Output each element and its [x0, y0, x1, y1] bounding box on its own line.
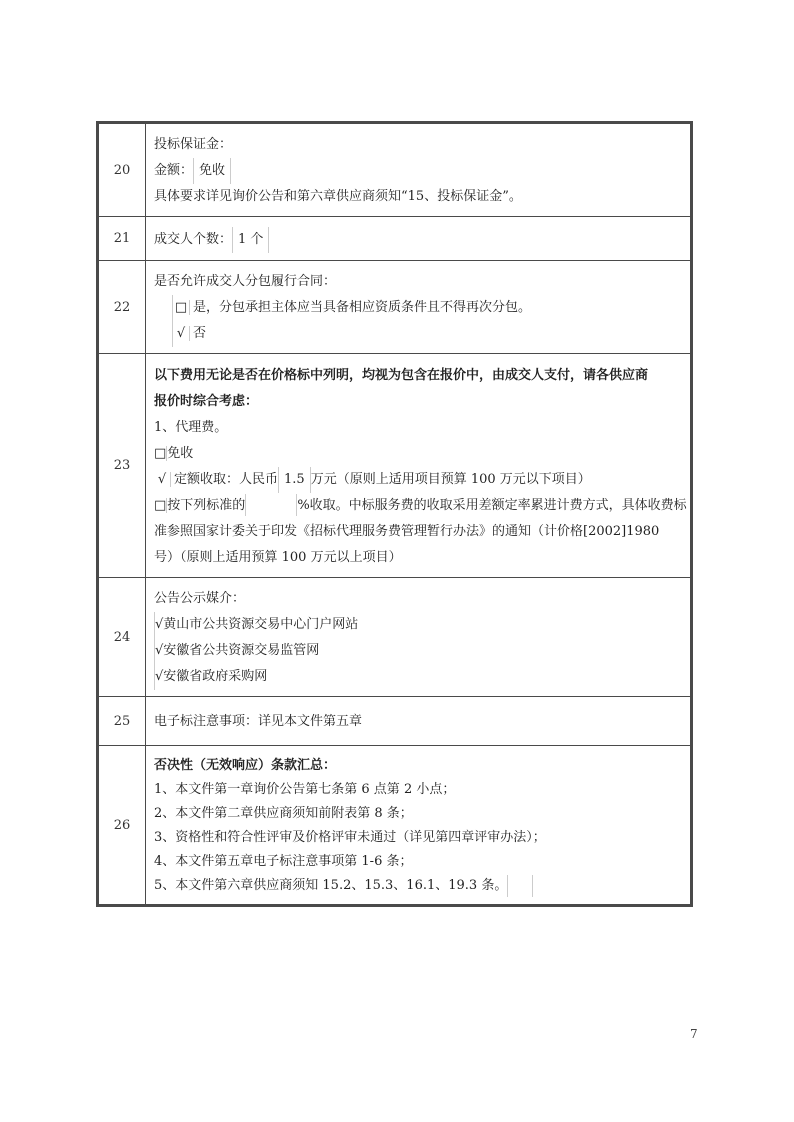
checkmark-icon[interactable]: √: [172, 321, 189, 347]
amount-label: 金额：: [154, 163, 193, 178]
winner-count-field[interactable]: 1 个: [232, 227, 269, 253]
row-content: 投标保证金： 金额：免收 具体要求详见询价公告和第六章供应商须知“15、投标保证…: [146, 123, 692, 217]
rejection-clauses-title: 否决性（无效响应）条款汇总：: [154, 754, 682, 778]
row-content: 是否允许成交人分包履行合同： □是，分包承担主体应当具备相应资质条件且不得再次分…: [146, 261, 692, 354]
rate-detail-line3: 号）（原则上适用预算 100 万元以上项目）: [154, 545, 682, 571]
table-row-24: 24 公告公示媒介： √黄山市公共资源交易中心门户网站 √安徽省公共资源交易监管…: [98, 578, 692, 697]
media-label: 安徽省政府采购网: [163, 669, 267, 684]
table-row-26: 26 否决性（无效响应）条款汇总： 1、本文件第一章询价公告第七条第 6 点第 …: [98, 746, 692, 906]
option-label: 是，分包承担主体应当具备相应资质条件且不得再次分包。: [189, 300, 531, 315]
subcontract-title: 是否允许成交人分包履行合同：: [154, 269, 682, 295]
media-item[interactable]: √安徽省政府采购网: [154, 664, 267, 690]
media-label: 黄山市公共资源交易中心门户网站: [163, 617, 358, 632]
subcontract-option-no[interactable]: √否: [154, 321, 682, 347]
row-number: 23: [98, 354, 146, 578]
table-row-25: 25 电子标注意事项：详见本文件第五章: [98, 697, 692, 746]
checkbox-unchecked-icon[interactable]: □: [172, 295, 189, 321]
row-content: 电子标注意事项：详见本文件第五章: [146, 697, 692, 746]
rate-detail-line2: 准参照国家计委关于印发《招标代理服务费管理暂行办法》的通知（计价格[2002]1…: [154, 519, 682, 545]
row-number: 22: [98, 261, 146, 354]
option-label: 按下列标准的: [166, 498, 245, 513]
option-label: 定额收取：人民币: [170, 472, 278, 487]
agency-fee-option-rate[interactable]: □按下列标准的%收取。中标服务费的收取采用差额定率累进计费方式，具体收费标: [154, 493, 682, 519]
winner-count-label: 成交人个数：: [154, 232, 232, 247]
row-number: 24: [98, 578, 146, 697]
amount-value-field[interactable]: 免收: [193, 158, 231, 184]
rejection-clause-item: 4、本文件第五章电子标注意事项第 1-6 条；: [154, 850, 682, 874]
row-number: 26: [98, 746, 146, 906]
checkmark-icon[interactable]: √: [154, 467, 170, 493]
media-item[interactable]: √黄山市公共资源交易中心门户网站: [154, 612, 358, 638]
rejection-clause-item: 5、本文件第六章供应商须知 15.2、15.3、16.1、19.3 条。: [154, 874, 682, 898]
agency-fee-heading: 1、代理费。: [154, 415, 682, 441]
rate-suffix: %收取。中标服务费的收取采用差额定率累进计费方式，具体收费标: [297, 498, 686, 513]
bid-bond-title: 投标保证金：: [154, 132, 682, 158]
table-row-21: 21 成交人个数：1 个: [98, 217, 692, 261]
requirements-table: 20 投标保证金： 金额：免收 具体要求详见询价公告和第六章供应商须知“15、投…: [96, 121, 693, 907]
bid-bond-amount-line: 金额：免收: [154, 158, 682, 184]
row-content: 公告公示媒介： √黄山市公共资源交易中心门户网站 √安徽省公共资源交易监管网 √…: [146, 578, 692, 697]
table-row-22: 22 是否允许成交人分包履行合同： □是，分包承担主体应当具备相应资质条件且不得…: [98, 261, 692, 354]
page-number: 7: [690, 1027, 698, 1041]
rejection-clause-item: 3、资格性和符合性评审及价格评审未通过（详见第四章评审办法）；: [154, 826, 682, 850]
fees-intro-line1: 以下费用无论是否在价格标中列明，均视为包含在报价中，由成交人支付，请各供应商: [154, 363, 682, 389]
row-content: 以下费用无论是否在价格标中列明，均视为包含在报价中，由成交人支付，请各供应商 报…: [146, 354, 692, 578]
row-content: 否决性（无效响应）条款汇总： 1、本文件第一章询价公告第七条第 6 点第 2 小…: [146, 746, 692, 906]
table-row-20: 20 投标保证金： 金额：免收 具体要求详见询价公告和第六章供应商须知“15、投…: [98, 123, 692, 217]
option-label: 免收: [166, 446, 193, 461]
table-row-23: 23 以下费用无论是否在价格标中列明，均视为包含在报价中，由成交人支付，请各供应…: [98, 354, 692, 578]
rejection-clause-item: 2、本文件第二章供应商须知前附表第 8 条；: [154, 802, 682, 826]
media-label: 安徽省公共资源交易监管网: [163, 643, 319, 658]
fixed-amount-field[interactable]: 1.5: [278, 467, 311, 493]
row-number: 20: [98, 123, 146, 217]
media-title: 公告公示媒介：: [154, 586, 682, 612]
row-number: 21: [98, 217, 146, 261]
row-number: 25: [98, 697, 146, 746]
subcontract-option-yes[interactable]: □是，分包承担主体应当具备相应资质条件且不得再次分包。: [154, 295, 682, 321]
fixed-amount-unit: 万元（原则上适用项目预算 100 万元以下项目）: [311, 472, 591, 487]
checkbox-unchecked-icon[interactable]: □: [154, 498, 166, 513]
fees-intro-line2: 报价时综合考虑：: [154, 389, 682, 415]
e-bid-notice: 电子标注意事项：详见本文件第五章: [154, 709, 682, 735]
option-label: 否: [189, 326, 206, 341]
row-content: 成交人个数：1 个: [146, 217, 692, 261]
agency-fee-option-free[interactable]: □免收: [154, 441, 682, 467]
rejection-clause-item: 1、本文件第一章询价公告第七条第 6 点第 2 小点；: [154, 778, 682, 802]
agency-fee-option-fixed[interactable]: √定额收取：人民币1.5万元（原则上适用项目预算 100 万元以下项目）: [154, 467, 682, 493]
text-cursor-field[interactable]: [507, 875, 533, 897]
bid-bond-note: 具体要求详见询价公告和第六章供应商须知“15、投标保证金”。: [154, 184, 682, 210]
checkbox-unchecked-icon[interactable]: □: [154, 446, 166, 461]
rate-percent-field[interactable]: [245, 494, 297, 516]
media-item[interactable]: √安徽省公共资源交易监管网: [154, 638, 319, 664]
